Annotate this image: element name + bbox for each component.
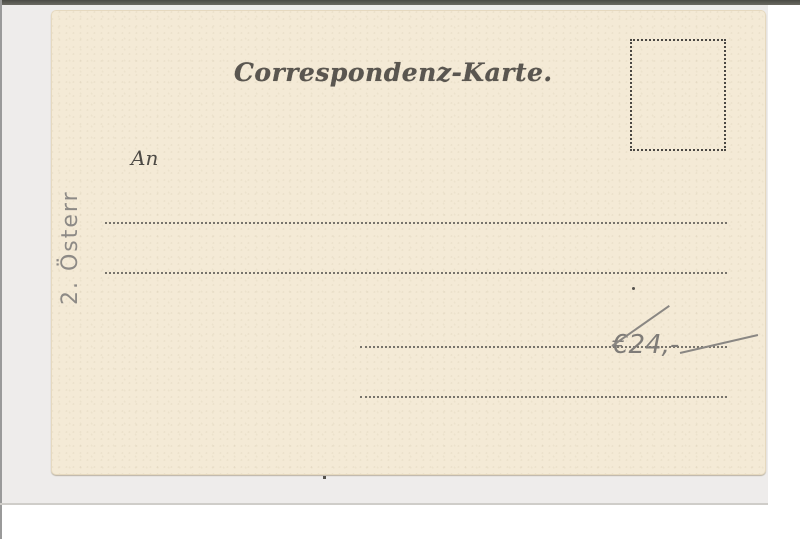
stamp-box — [630, 39, 726, 151]
address-line-1 — [105, 222, 727, 224]
scan-bottom-edge — [0, 503, 768, 505]
scan-edge — [0, 0, 2, 539]
address-label: An — [131, 146, 158, 170]
postcard-title: Correspondenz-Karte. — [234, 58, 534, 92]
pencil-price-note: €24,- — [612, 330, 679, 360]
address-line-2 — [105, 272, 727, 274]
address-line-4 — [360, 396, 727, 398]
scanner-lid-strip — [0, 0, 800, 5]
pencil-margin-note: 2. Österr — [58, 190, 83, 305]
paper-speck — [323, 476, 326, 479]
paper-speck — [632, 287, 635, 290]
